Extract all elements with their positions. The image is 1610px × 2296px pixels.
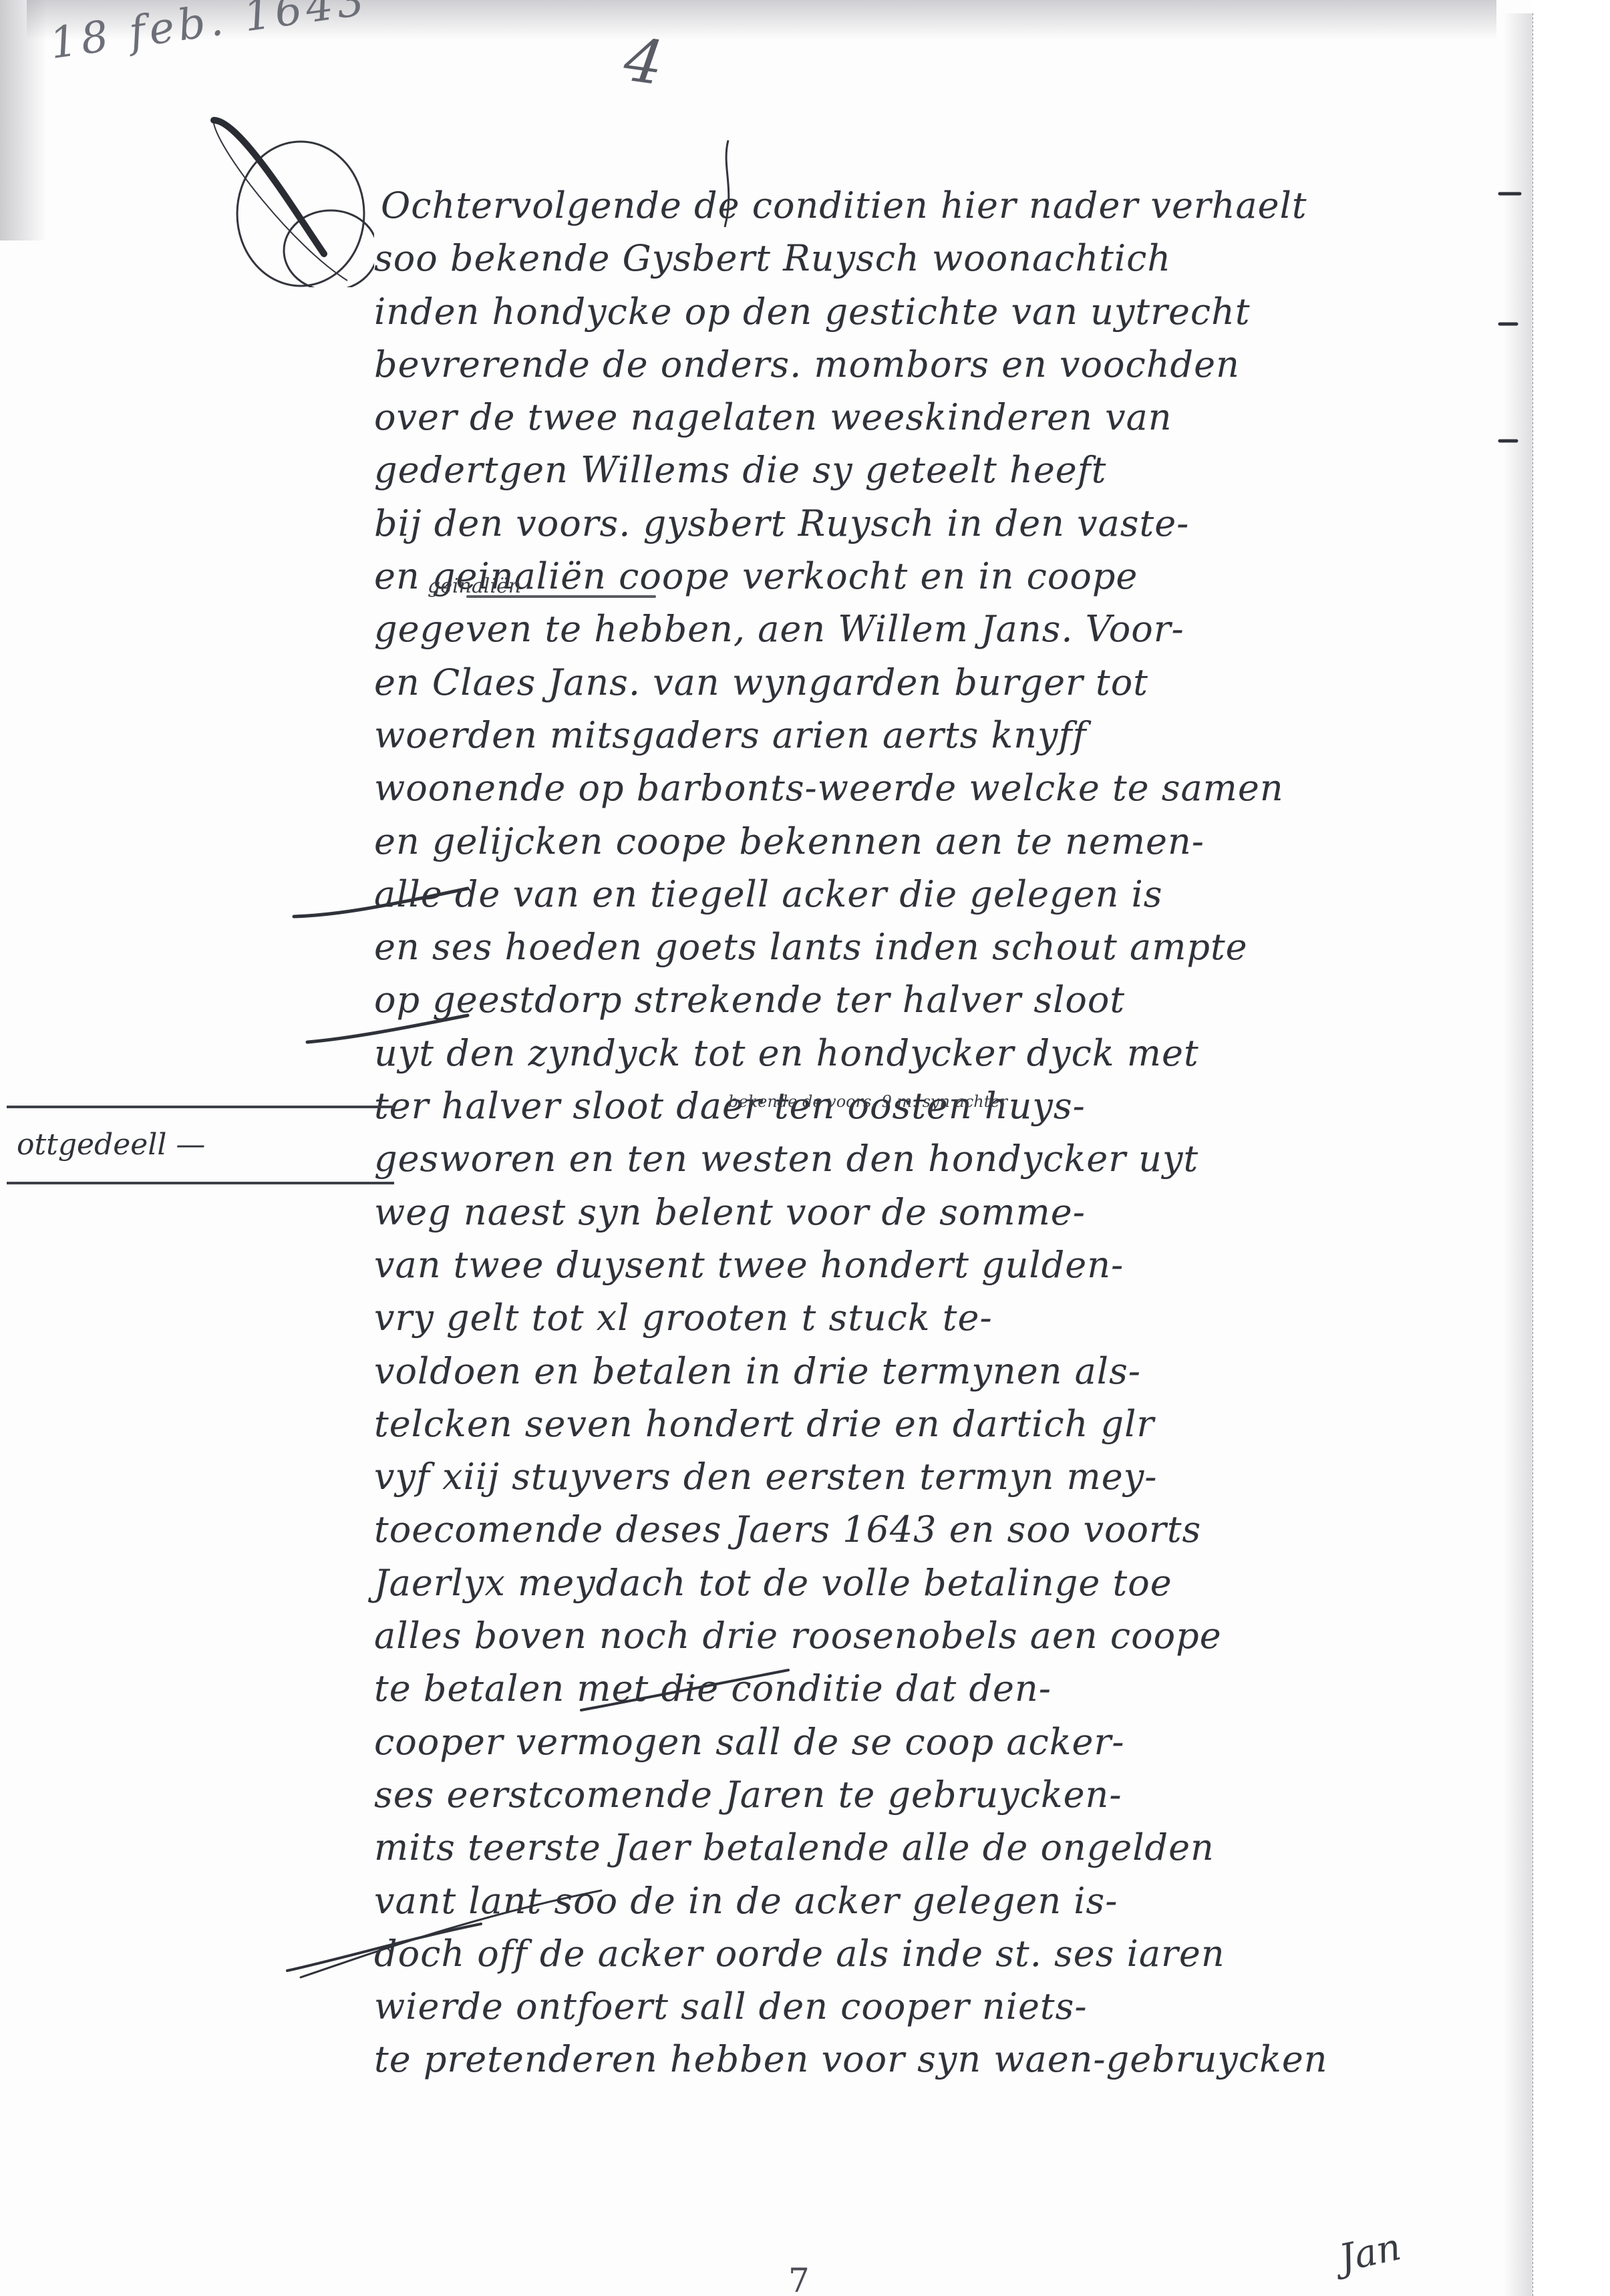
decorated-initial-icon — [200, 114, 374, 287]
text-line: inden hondycke op den gestichte van uytr… — [374, 285, 1510, 338]
text-line: vry gelt tot xl grooten t stuck te- — [374, 1291, 1510, 1344]
text-line: voldoen en betalen in drie termynen als- — [374, 1345, 1510, 1398]
interlinear-insertion: geinaliën — [428, 575, 521, 598]
text-line: vyf xiij stuyvers den eersten termyn mey… — [374, 1450, 1510, 1503]
text-line: op geestdorp strekende ter halver sloot — [374, 973, 1510, 1026]
text-line: telcken seven hondert drie en dartich gl… — [374, 1398, 1510, 1450]
interlinear-insertion: bekende de voors. 9 m. syn achter — [728, 1092, 1007, 1111]
text-line: bevrerende de onders. mombors en voochde… — [374, 338, 1510, 391]
text-line: gegeven te hebben, aen Willem Jans. Voor… — [374, 603, 1510, 655]
text-line: soo bekende Gysbert Ruysch woonachtich — [374, 232, 1510, 285]
text-line: en Claes Jans. van wyngarden burger tot — [374, 656, 1510, 709]
text-line: gedertgen Willems die sy geteelt heeft — [374, 444, 1510, 496]
manuscript-page: 18 feb. 1643 4 Ochtervolgende de conditi… — [0, 0, 1531, 2296]
text-line: ses eerstcomende Jaren te gebruycken- — [374, 1768, 1510, 1821]
text-line: en ses hoeden goets lants inden schout a… — [374, 921, 1510, 973]
bottom-mark: 7 — [788, 2261, 810, 2296]
text-line: doch off de acker oorde als inde st. ses… — [374, 1927, 1510, 1980]
text-line: Jaerlyx meydach tot de volle betalinge t… — [374, 1556, 1510, 1609]
text-line: uyt den zyndyck tot en hondycker dyck me… — [374, 1027, 1510, 1080]
text-line: en geinaliën coope verkocht en in coope — [374, 550, 1510, 603]
text-line: alles boven noch drie roosenobels aen co… — [374, 1609, 1510, 1662]
text-line: woerden mitsgaders arien aerts knyff — [374, 709, 1510, 762]
text-line: te pretenderen hebben voor syn waen-gebr… — [374, 2033, 1510, 2086]
deed-text: Ochtervolgende de conditien hier nader v… — [374, 179, 1510, 2086]
text-line: mits teerste Jaer betalende alle de onge… — [374, 1821, 1510, 1874]
text-line: over de twee nagelaten weeskinderen van — [374, 391, 1510, 444]
text-line: bij den voors. gysbert Ruysch in den vas… — [374, 497, 1510, 550]
text-line: cooper vermogen sall de se coop acker- — [374, 1715, 1510, 1768]
text-line: gesworen en ten westen den hondycker uyt — [374, 1132, 1510, 1185]
marginal-annotation: ottgedeell — — [17, 1128, 205, 1162]
text-line: en gelijcken coope bekennen aen te nemen… — [374, 815, 1510, 868]
scanner-background — [1533, 0, 1610, 2296]
text-line: te betalen met die conditie dat den- — [374, 1662, 1510, 1715]
text-line: van twee duysent twee hondert gulden- — [374, 1239, 1510, 1291]
text-line: Ochtervolgende de conditien hier nader v… — [374, 179, 1510, 232]
scan-shadow-left — [0, 0, 47, 240]
notary-signature: Jan — [1335, 2225, 1404, 2281]
text-line: weg naest syn belent voor de somme- — [374, 1186, 1510, 1239]
text-line: wierde ontfoert sall den cooper niets- — [374, 1980, 1510, 2033]
text-line: woonende op barbonts-weerde welcke te sa… — [374, 762, 1510, 814]
text-line: alle de van en tiegell acker die gelegen… — [374, 868, 1510, 921]
text-line: toecomende deses Jaers 1643 en soo voort… — [374, 1503, 1510, 1556]
text-line: vant lant soo de in de acker gelegen is- — [374, 1874, 1510, 1927]
